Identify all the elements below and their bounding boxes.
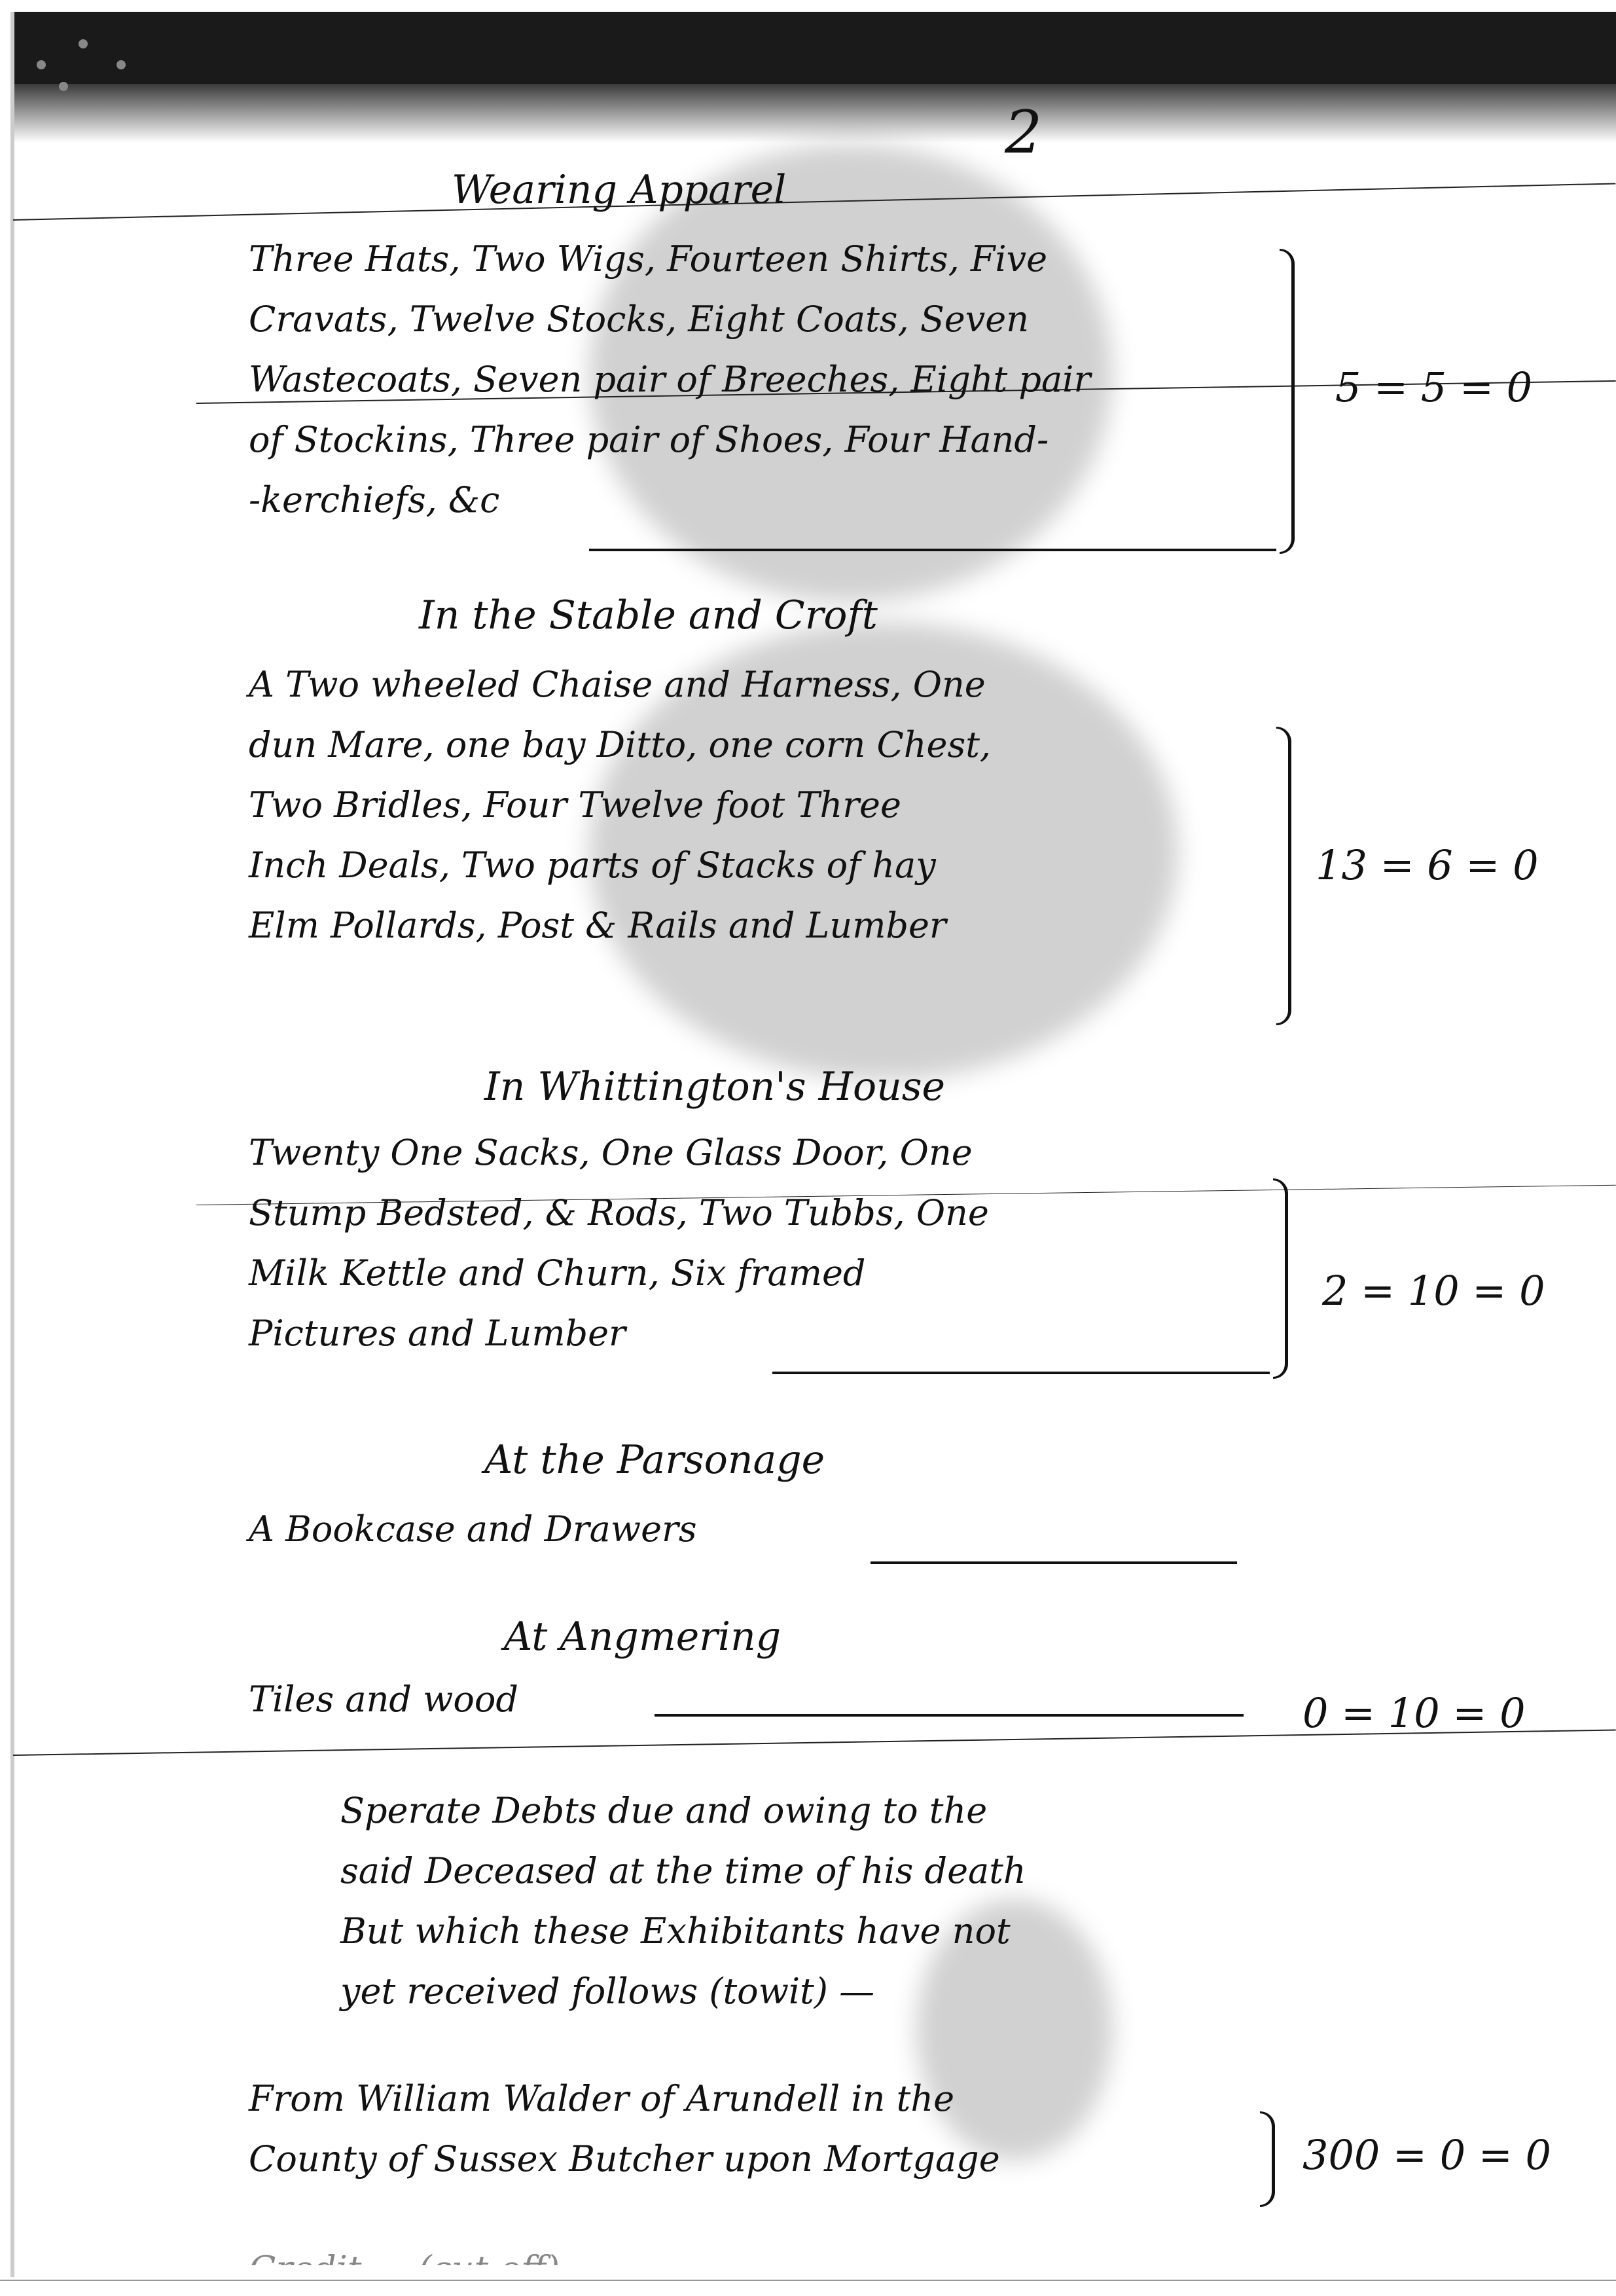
entry-line: From William Walder of Arundell in the <box>249 2069 1283 2129</box>
section-heading-stable-croft: In the Stable and Croft <box>419 592 878 638</box>
punch-hole-mark <box>37 60 46 69</box>
section-heading-parsonage: At the Parsonage <box>484 1437 825 1483</box>
entry-parsonage: A Bookcase and Drawers <box>249 1499 1283 1559</box>
entry-line: A Two wheeled Chaise and Harness, One <box>249 655 1283 715</box>
entry-line: Inch Deals, Two parts of Stacks of hay <box>249 835 1283 896</box>
entry-line: But which these Exhibitants have not <box>340 1901 1374 1961</box>
punch-hole-mark <box>117 60 126 69</box>
entry-line: dun Mare, one bay Ditto, one corn Chest, <box>249 715 1283 775</box>
page-number: 2 <box>1005 98 1042 167</box>
fill-dash <box>772 1372 1270 1374</box>
section-heading-whittingtons-house: In Whittington's House <box>484 1064 945 1110</box>
entry-line: County of Sussex Butcher upon Mortgage <box>249 2129 1283 2189</box>
entry-line: of Stockins, Three pair of Shoes, Four H… <box>249 410 1283 470</box>
entry-line: Sperate Debts due and owing to the <box>340 1781 1374 1841</box>
amount-whittingtons-house: 2 = 10 = 0 <box>1322 1267 1545 1315</box>
entry-line: Credit ... (cut off) <box>249 2239 1283 2265</box>
truncated-line: Credit ... (cut off) <box>249 2239 1283 2265</box>
entry-line: Three Hats, Two Wigs, Fourteen Shirts, F… <box>249 229 1283 289</box>
fill-dash <box>871 1561 1237 1564</box>
punch-hole-mark <box>79 39 88 48</box>
entry-line: Cravats, Twelve Stocks, Eight Coats, Sev… <box>249 289 1283 350</box>
entry-sperate-debts: Sperate Debts due and owing to the said … <box>340 1781 1374 2022</box>
brace <box>1260 2111 1275 2207</box>
entry-stable-croft: A Two wheeled Chaise and Harness, One du… <box>249 655 1283 956</box>
entry-line: Stump Bedsted, & Rods, Two Tubbs, One <box>249 1183 1283 1243</box>
brace <box>1273 1178 1288 1379</box>
entry-line: -kerchiefs, &c <box>249 470 1283 530</box>
entry-line: Twenty One Sacks, One Glass Door, One <box>249 1123 1283 1183</box>
scan-shadow <box>10 84 1616 143</box>
amount-wearing-apparel: 5 = 5 = 0 <box>1335 363 1532 411</box>
brace <box>1280 249 1295 554</box>
scan-bottom-edge <box>0 2280 1616 2281</box>
entry-william-walder-debt: From William Walder of Arundell in the C… <box>249 2069 1283 2189</box>
entry-line: Tiles and wood <box>249 1669 1283 1730</box>
entry-line: Wastecoats, Seven pair of Breeches, Eigh… <box>249 350 1283 410</box>
scan-left-edge <box>10 12 14 2277</box>
entry-angmering: Tiles and wood <box>249 1669 1283 1730</box>
entry-wearing-apparel: Three Hats, Two Wigs, Fourteen Shirts, F… <box>249 229 1283 530</box>
brace <box>1276 727 1291 1025</box>
amount-william-walder-debt: 300 = 0 = 0 <box>1302 2131 1551 2179</box>
amount-angmering: 0 = 10 = 0 <box>1302 1689 1526 1737</box>
amount-stable-croft: 13 = 6 = 0 <box>1316 841 1539 889</box>
entry-line: Two Bridles, Four Twelve foot Three <box>249 775 1283 835</box>
fill-dash <box>655 1714 1244 1717</box>
entry-line: Pictures and Lumber <box>249 1303 1283 1364</box>
punch-hole-mark <box>59 82 68 91</box>
entry-line: Elm Pollards, Post & Rails and Lumber <box>249 896 1283 956</box>
entry-line: A Bookcase and Drawers <box>249 1499 1283 1559</box>
section-heading-angmering: At Angmering <box>504 1614 781 1660</box>
section-heading-wearing-apparel: Wearing Apparel <box>452 167 786 213</box>
entry-whittingtons-house: Twenty One Sacks, One Glass Door, One St… <box>249 1123 1283 1364</box>
entry-line: said Deceased at the time of his death <box>340 1841 1374 1901</box>
entry-line: Milk Kettle and Churn, Six framed <box>249 1243 1283 1303</box>
scan-dark-top-edge <box>10 12 1616 84</box>
entry-line: yet received follows (towit) — <box>340 1961 1374 2022</box>
fill-dash <box>589 549 1276 551</box>
